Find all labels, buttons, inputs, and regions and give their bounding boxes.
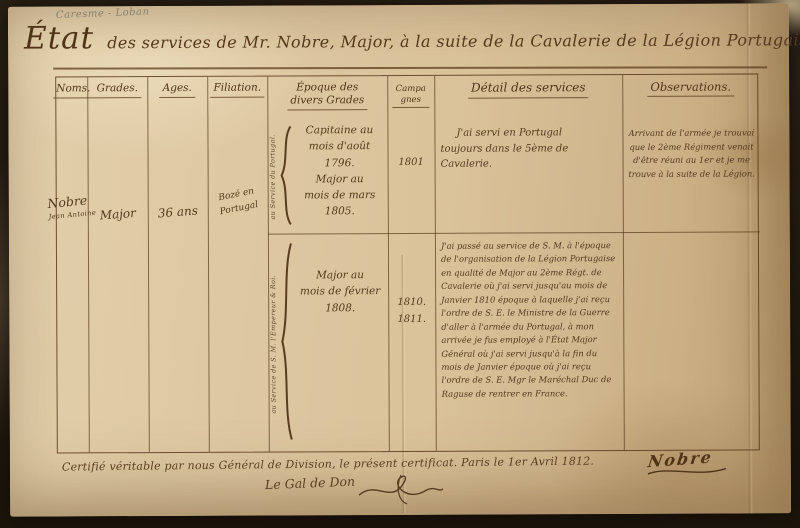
epoque-row2-text: Major au mois de février 1808. [294,267,386,316]
title-rest-text: des services de Mr. Nobre, Major, à la s… [107,30,800,52]
header-detail: Détail des services [434,80,622,99]
header-ages: Ages. [147,82,207,98]
nobre-signature-flourish [646,466,728,478]
detail-row2-text: J'ai passé au service de S. M. à l'époqu… [441,239,620,401]
title-rule-line [53,66,767,69]
header-observations: Observations. [622,79,759,97]
observations-row1-text: Arrivant de l'armée je trouvai que le 2è… [627,126,755,181]
signature-flourish [355,471,445,505]
services-table: Noms. Grades. Ages. Filiation. Époque de… [55,73,760,453]
header-epoque: Époque des divers Grades [267,81,387,111]
service-note-empereur: au Service de S. M. l'Empereur & Roi. [269,242,278,447]
header-filiation: Filiation. [207,82,267,98]
detail-row1-text: J'ai servi en Portugal toujours dans le … [440,125,616,172]
table-vertical-line [622,75,625,450]
brace-mark [278,124,292,226]
table-vertical-line [147,77,150,452]
general-signature: Le Gal de Don [265,474,356,493]
title-lead-word: État [24,20,94,56]
document-title: État des services de Mr. Nobre, Major, à… [24,17,782,56]
table-vertical-line [207,77,210,452]
document-paper: Caresme - Loban État des services de Mr.… [8,3,791,516]
epoque-cell-row2: au Service de S. M. l'Empereur & Roi. Ma… [268,233,389,454]
epoque-cell-row1: au Service du Portugal. Capitaine au moi… [267,116,388,234]
header-campagnes: Campa gnes [387,84,434,108]
officer-grade: Major [87,205,148,223]
epoque-row1-text: Capitaine au mois d'août 1796. Major au … [293,122,385,220]
service-note-portugal: au Service du Portugal. [268,127,276,227]
officer-age: 36 ans [147,203,208,221]
photo-background: Caresme - Loban État des services de Mr.… [0,0,800,528]
campagnes-row2: 1810. 1811. [388,294,435,328]
pencil-annotation: Caresme - Loban [56,6,150,21]
header-grades: Grades. [87,82,147,98]
table-vertical-line [434,76,437,451]
brace-mark [279,241,294,441]
header-noms: Noms. [53,82,91,98]
table-vertical-line [87,77,90,452]
campagnes-row1: 1801 [388,154,435,171]
officer-filiation: Bozé en Portugal [206,183,270,221]
